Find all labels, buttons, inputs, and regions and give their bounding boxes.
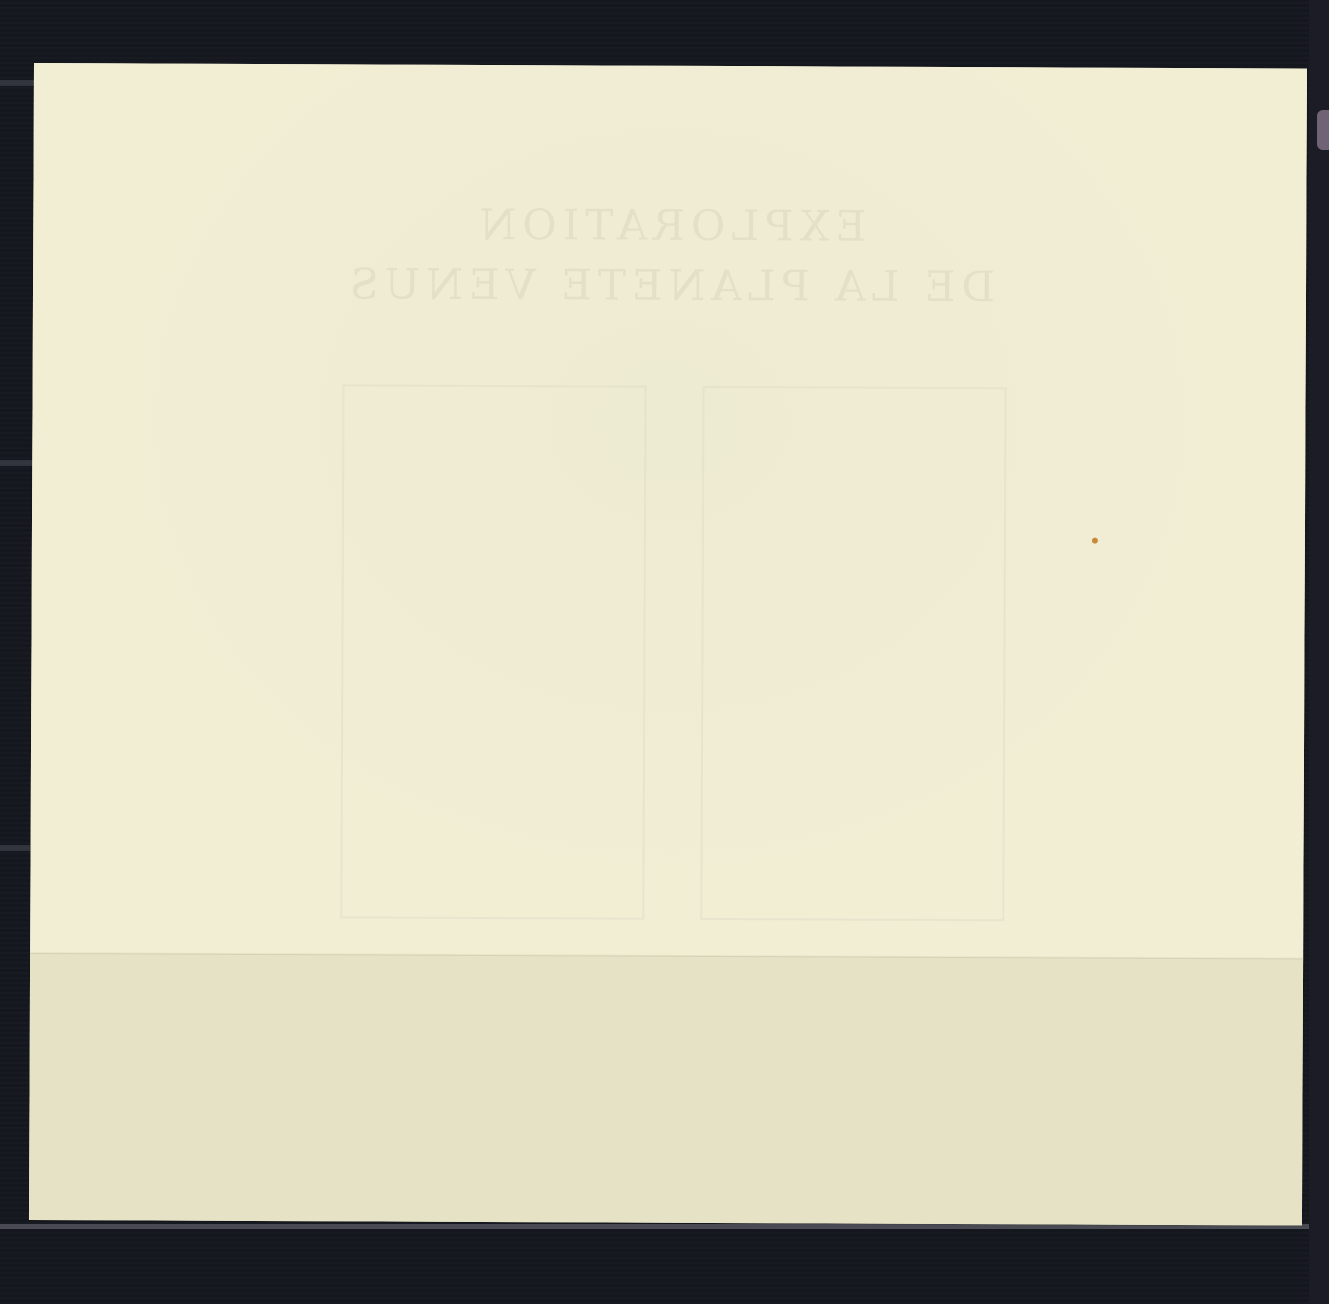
right-background-edge [1309,0,1329,1304]
sheet-lower-margin [29,953,1303,1226]
showthrough-line-2: DE LA PLANETE VENUS [33,253,1306,319]
ghost-stamp-frame [700,386,1006,921]
sheet-upper-area: EXPLORATION DE LA PLANETE VENUS [30,63,1307,959]
souvenir-sheet-back: EXPLORATION DE LA PLANETE VENUS [29,63,1307,1226]
background-strip [0,845,30,851]
adjacent-item-edge [1317,110,1329,150]
showthrough-line-1: EXPLORATION [33,193,1306,259]
ghost-stamp-frame [340,384,646,919]
showthrough-text: EXPLORATION DE LA PLANETE VENUS [33,193,1307,319]
foxing-spot [1092,538,1098,544]
